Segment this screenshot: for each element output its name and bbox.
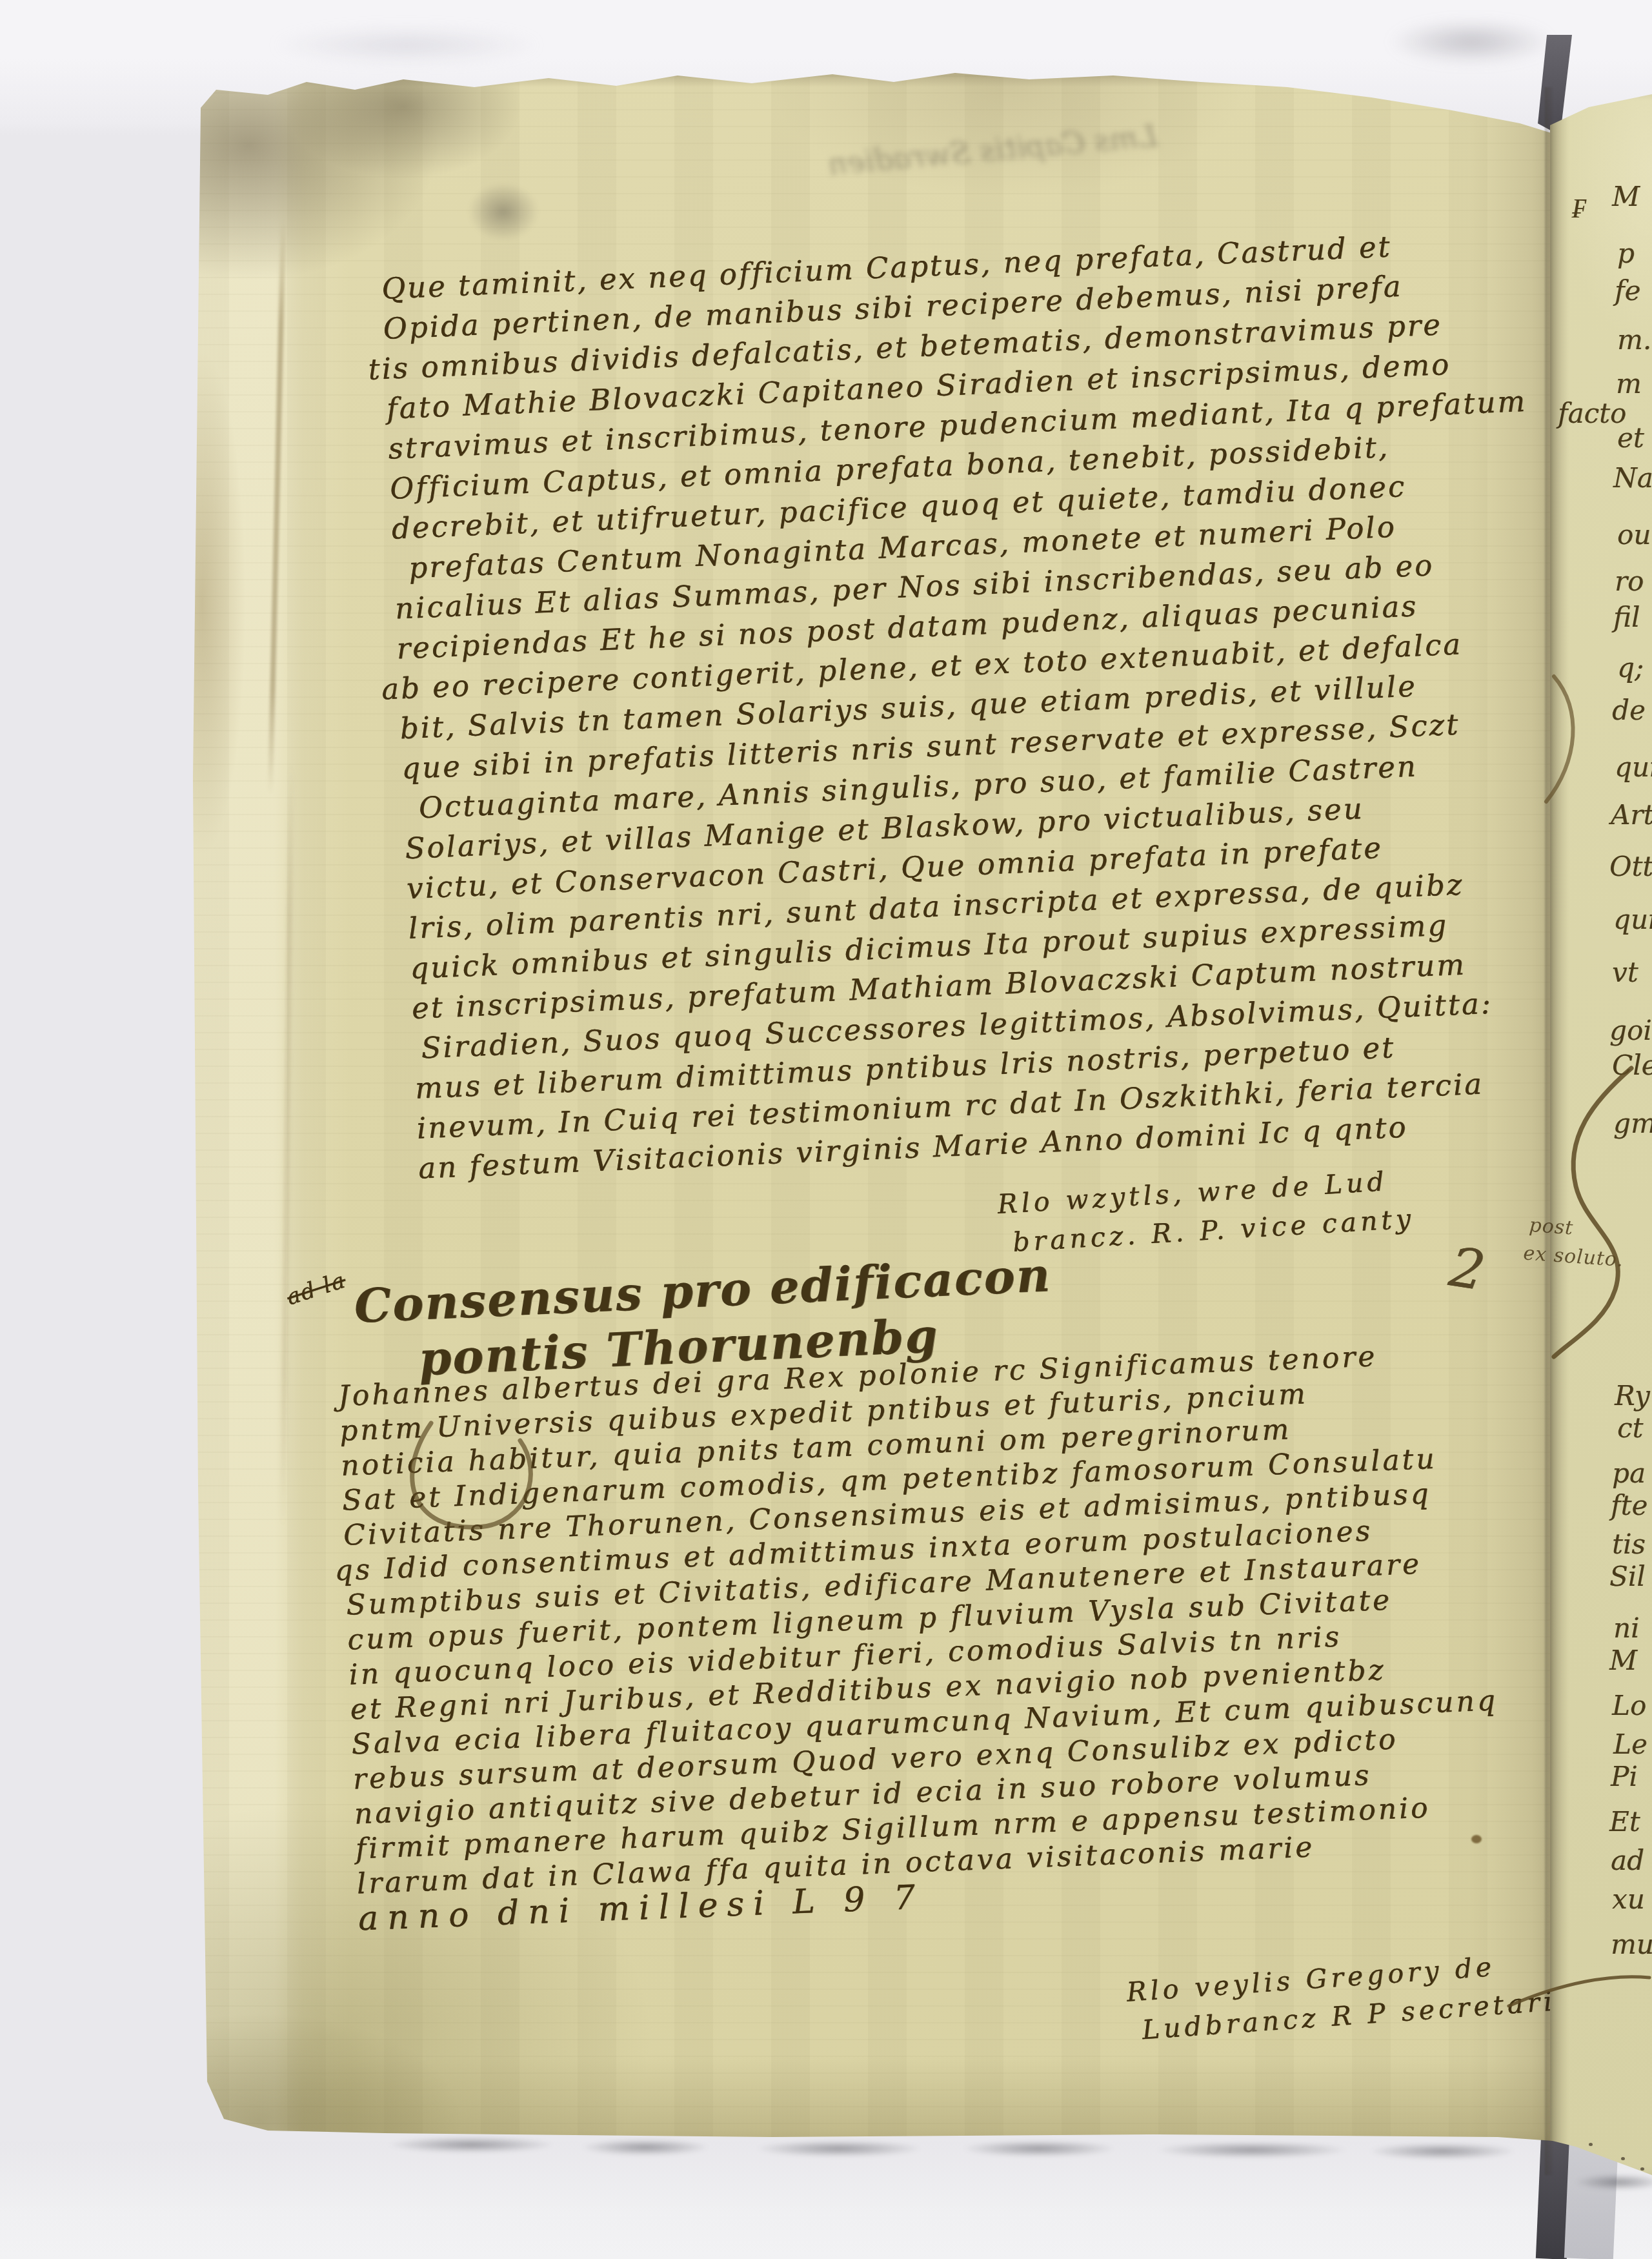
page-shadow bbox=[1155, 2142, 1349, 2158]
line-fragment: Lo bbox=[1612, 1690, 1646, 1721]
page-shadow bbox=[1368, 2143, 1516, 2160]
line-fragment: M bbox=[1609, 1645, 1637, 1676]
line-fragment: ad bbox=[1611, 1845, 1644, 1876]
page-shadow bbox=[962, 2140, 1116, 2157]
line-fragment: pa bbox=[1612, 1457, 1646, 1489]
line-fragment: de bbox=[1612, 694, 1646, 726]
crossed-out-margin-note: ad la bbox=[283, 1267, 349, 1310]
page-shadow bbox=[755, 2140, 923, 2157]
line-fragment: tis bbox=[1612, 1528, 1646, 1560]
bottom-signature: Rlo veylis Gregory deLudbrancz R P secre… bbox=[1125, 1942, 1569, 2050]
line-fragment: mu bbox=[1611, 1929, 1652, 1960]
line-fragment: vt bbox=[1612, 957, 1638, 988]
line-fragment: qui bbox=[1613, 904, 1652, 935]
manuscript-scan: Lms Capitis Swradien Que taminit, ex neq… bbox=[0, 0, 1652, 2259]
paper-speck bbox=[1640, 2167, 1644, 2171]
paper-speck bbox=[1589, 2143, 1593, 2146]
line-fragment: Pi bbox=[1611, 1761, 1638, 1792]
line-fragment: qui bbox=[1615, 751, 1652, 783]
scanner-background-bottom bbox=[0, 2142, 1652, 2259]
ink-smudge bbox=[468, 183, 539, 241]
show-through-ghost-text: Lms Capitis Swradien bbox=[551, 117, 1158, 207]
line-fragment: m. bbox=[1617, 324, 1651, 356]
ink-spot bbox=[1471, 1835, 1482, 1843]
left-page: Lms Capitis Swradien Que taminit, ex neq… bbox=[190, 68, 1553, 2141]
closing-signature: Rlo wzytls, wre de Ludbrancz. R. P. vice… bbox=[996, 1160, 1416, 1262]
line-fragment: p bbox=[1617, 238, 1635, 269]
line-fragment: Cle bbox=[1612, 1049, 1652, 1081]
cloth-fold-shadow bbox=[1387, 19, 1555, 65]
water-stain-edge-lower bbox=[281, 765, 293, 1526]
line-fragment: Ott bbox=[1609, 851, 1652, 882]
line-fragment: xu bbox=[1612, 1883, 1645, 1915]
line-fragment: et bbox=[1617, 422, 1644, 454]
line-fragment: fe bbox=[1615, 275, 1640, 307]
line-fragment: Ry bbox=[1615, 1380, 1650, 1412]
line-fragment: Na bbox=[1613, 462, 1652, 494]
line-fragment: goi bbox=[1609, 1015, 1652, 1046]
line-fragment: facto bbox=[1558, 398, 1626, 429]
line-fragment: Sil bbox=[1609, 1561, 1646, 1592]
line-fragment: Le bbox=[1613, 1728, 1647, 1760]
paragraph-1: Que taminit, ex neq officium Captus, neq… bbox=[381, 221, 1558, 1189]
line-fragment: q; bbox=[1617, 652, 1644, 684]
gutter-margin-note: postex soluto. bbox=[1526, 1211, 1626, 1275]
page-shadow bbox=[581, 2139, 710, 2156]
line-fragment: m bbox=[1616, 368, 1642, 400]
paragraph-mark: 2 bbox=[1445, 1235, 1489, 1302]
right-page-edge: M₣pfem.mfactoetNaourofilq;dequiArtOttqui… bbox=[1550, 84, 1652, 2175]
line-fragment: fte bbox=[1611, 1490, 1647, 1521]
page-shadow bbox=[387, 2136, 555, 2153]
line-fragment: ro bbox=[1615, 565, 1644, 597]
line-fragment: ou bbox=[1617, 519, 1651, 551]
paragraph-2: Johannes albertus dei gra Rex polonie rc… bbox=[337, 1335, 1505, 1937]
line-fragment: ₣ bbox=[1572, 192, 1586, 225]
cloth-fold-shadow bbox=[271, 26, 542, 65]
line-fragment: fil bbox=[1613, 602, 1640, 633]
line-fragment: M bbox=[1612, 181, 1640, 212]
line-fragment: ct bbox=[1617, 1412, 1643, 1444]
line-fragment: gm bbox=[1613, 1108, 1652, 1139]
line-fragment: Et bbox=[1609, 1806, 1640, 1838]
paper-speck bbox=[1621, 2157, 1625, 2160]
line-fragment: ni bbox=[1613, 1612, 1639, 1644]
line-fragment: Art bbox=[1611, 799, 1652, 831]
water-stain-edge bbox=[268, 219, 286, 794]
